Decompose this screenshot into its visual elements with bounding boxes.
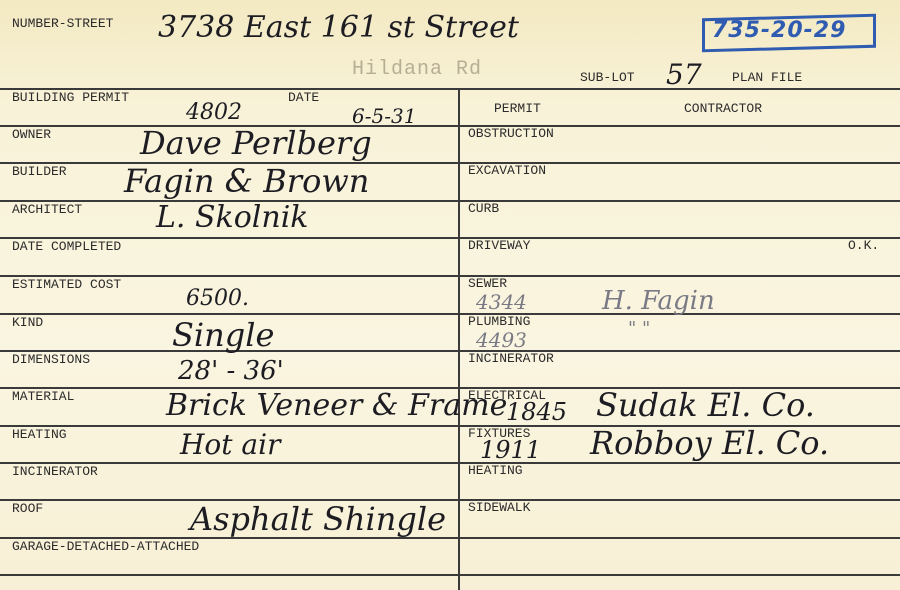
fixtures-permit: 1911 bbox=[480, 436, 541, 464]
contractor-column-header: CONTRACTOR bbox=[684, 101, 762, 116]
garage-label: GARAGE-DETACHED-ATTACHED bbox=[12, 539, 199, 554]
builder-label: BUILDER bbox=[12, 164, 67, 179]
architect-label: ARCHITECT bbox=[12, 202, 82, 217]
driveway-note: O.K. bbox=[848, 238, 879, 253]
electrical-contractor: Sudak El. Co. bbox=[596, 386, 815, 424]
roof-value: Asphalt Shingle bbox=[190, 500, 446, 538]
number-street-value: 3738 East 161 st Street bbox=[158, 10, 519, 45]
material-value: Brick Veneer & Frame bbox=[166, 388, 507, 423]
column-divider bbox=[458, 88, 460, 590]
sub-lot-label: SUB-LOT bbox=[580, 70, 635, 85]
date-completed-label: DATE COMPLETED bbox=[12, 239, 121, 254]
estimated-cost-value: 6500. bbox=[186, 286, 249, 311]
rule-line bbox=[0, 350, 900, 352]
incinerator-right-label: INCINERATOR bbox=[468, 351, 554, 366]
heating-right-label: HEATING bbox=[468, 463, 523, 478]
plumbing-label: PLUMBING bbox=[468, 314, 530, 329]
excavation-label: EXCAVATION bbox=[468, 163, 546, 178]
rule-line bbox=[0, 462, 900, 464]
material-label: MATERIAL bbox=[12, 389, 74, 404]
rule-line bbox=[0, 313, 900, 315]
rule-line bbox=[0, 200, 900, 202]
owner-value: Dave Perlberg bbox=[140, 124, 372, 162]
rule-line bbox=[0, 125, 900, 127]
plumbing-contractor: " " bbox=[628, 318, 650, 339]
sub-lot-value: 57 bbox=[666, 58, 702, 91]
sewer-label: SEWER bbox=[468, 276, 507, 291]
sidewalk-label: SIDEWALK bbox=[468, 500, 530, 515]
obstruction-label: OBSTRUCTION bbox=[468, 126, 554, 141]
owner-label: OWNER bbox=[12, 127, 51, 142]
dimensions-value: 28' - 36' bbox=[178, 356, 284, 386]
stamped-street: Hildana Rd bbox=[352, 58, 482, 81]
building-permit-value: 4802 bbox=[186, 100, 242, 125]
dimensions-label: DIMENSIONS bbox=[12, 352, 90, 367]
heating-label: HEATING bbox=[12, 427, 67, 442]
incinerator-label: INCINERATOR bbox=[12, 464, 98, 479]
parcel-number: 735-20-29 bbox=[712, 18, 846, 43]
building-permit-card: NUMBER-STREET 3738 East 161 st Street Hi… bbox=[0, 0, 900, 590]
driveway-label: DRIVEWAY bbox=[468, 238, 530, 253]
roof-label: ROOF bbox=[12, 501, 43, 516]
rule-line bbox=[0, 88, 900, 90]
date-label: DATE bbox=[288, 90, 319, 105]
fixtures-contractor: Robboy El. Co. bbox=[590, 424, 829, 462]
rule-line bbox=[0, 499, 900, 501]
estimated-cost-label: ESTIMATED COST bbox=[12, 277, 121, 292]
rule-line bbox=[0, 237, 900, 239]
rule-line bbox=[0, 275, 900, 277]
heating-value: Hot air bbox=[180, 428, 280, 461]
sewer-permit: 4344 bbox=[476, 290, 527, 314]
electrical-permit: 1845 bbox=[506, 398, 567, 426]
builder-value: Fagin & Brown bbox=[124, 162, 369, 200]
architect-value: L. Skolnik bbox=[156, 200, 308, 235]
number-street-label: NUMBER-STREET bbox=[12, 16, 113, 31]
curb-label: CURB bbox=[468, 201, 499, 216]
kind-value: Single bbox=[172, 316, 274, 354]
building-permit-label: BUILDING PERMIT bbox=[12, 90, 129, 105]
rule-line bbox=[0, 574, 900, 576]
sewer-contractor: H. Fagin bbox=[602, 286, 715, 316]
kind-label: KIND bbox=[12, 315, 43, 330]
plan-file-label: PLAN FILE bbox=[732, 70, 802, 85]
plumbing-permit: 4493 bbox=[476, 328, 527, 352]
permit-column-header: PERMIT bbox=[494, 101, 541, 116]
